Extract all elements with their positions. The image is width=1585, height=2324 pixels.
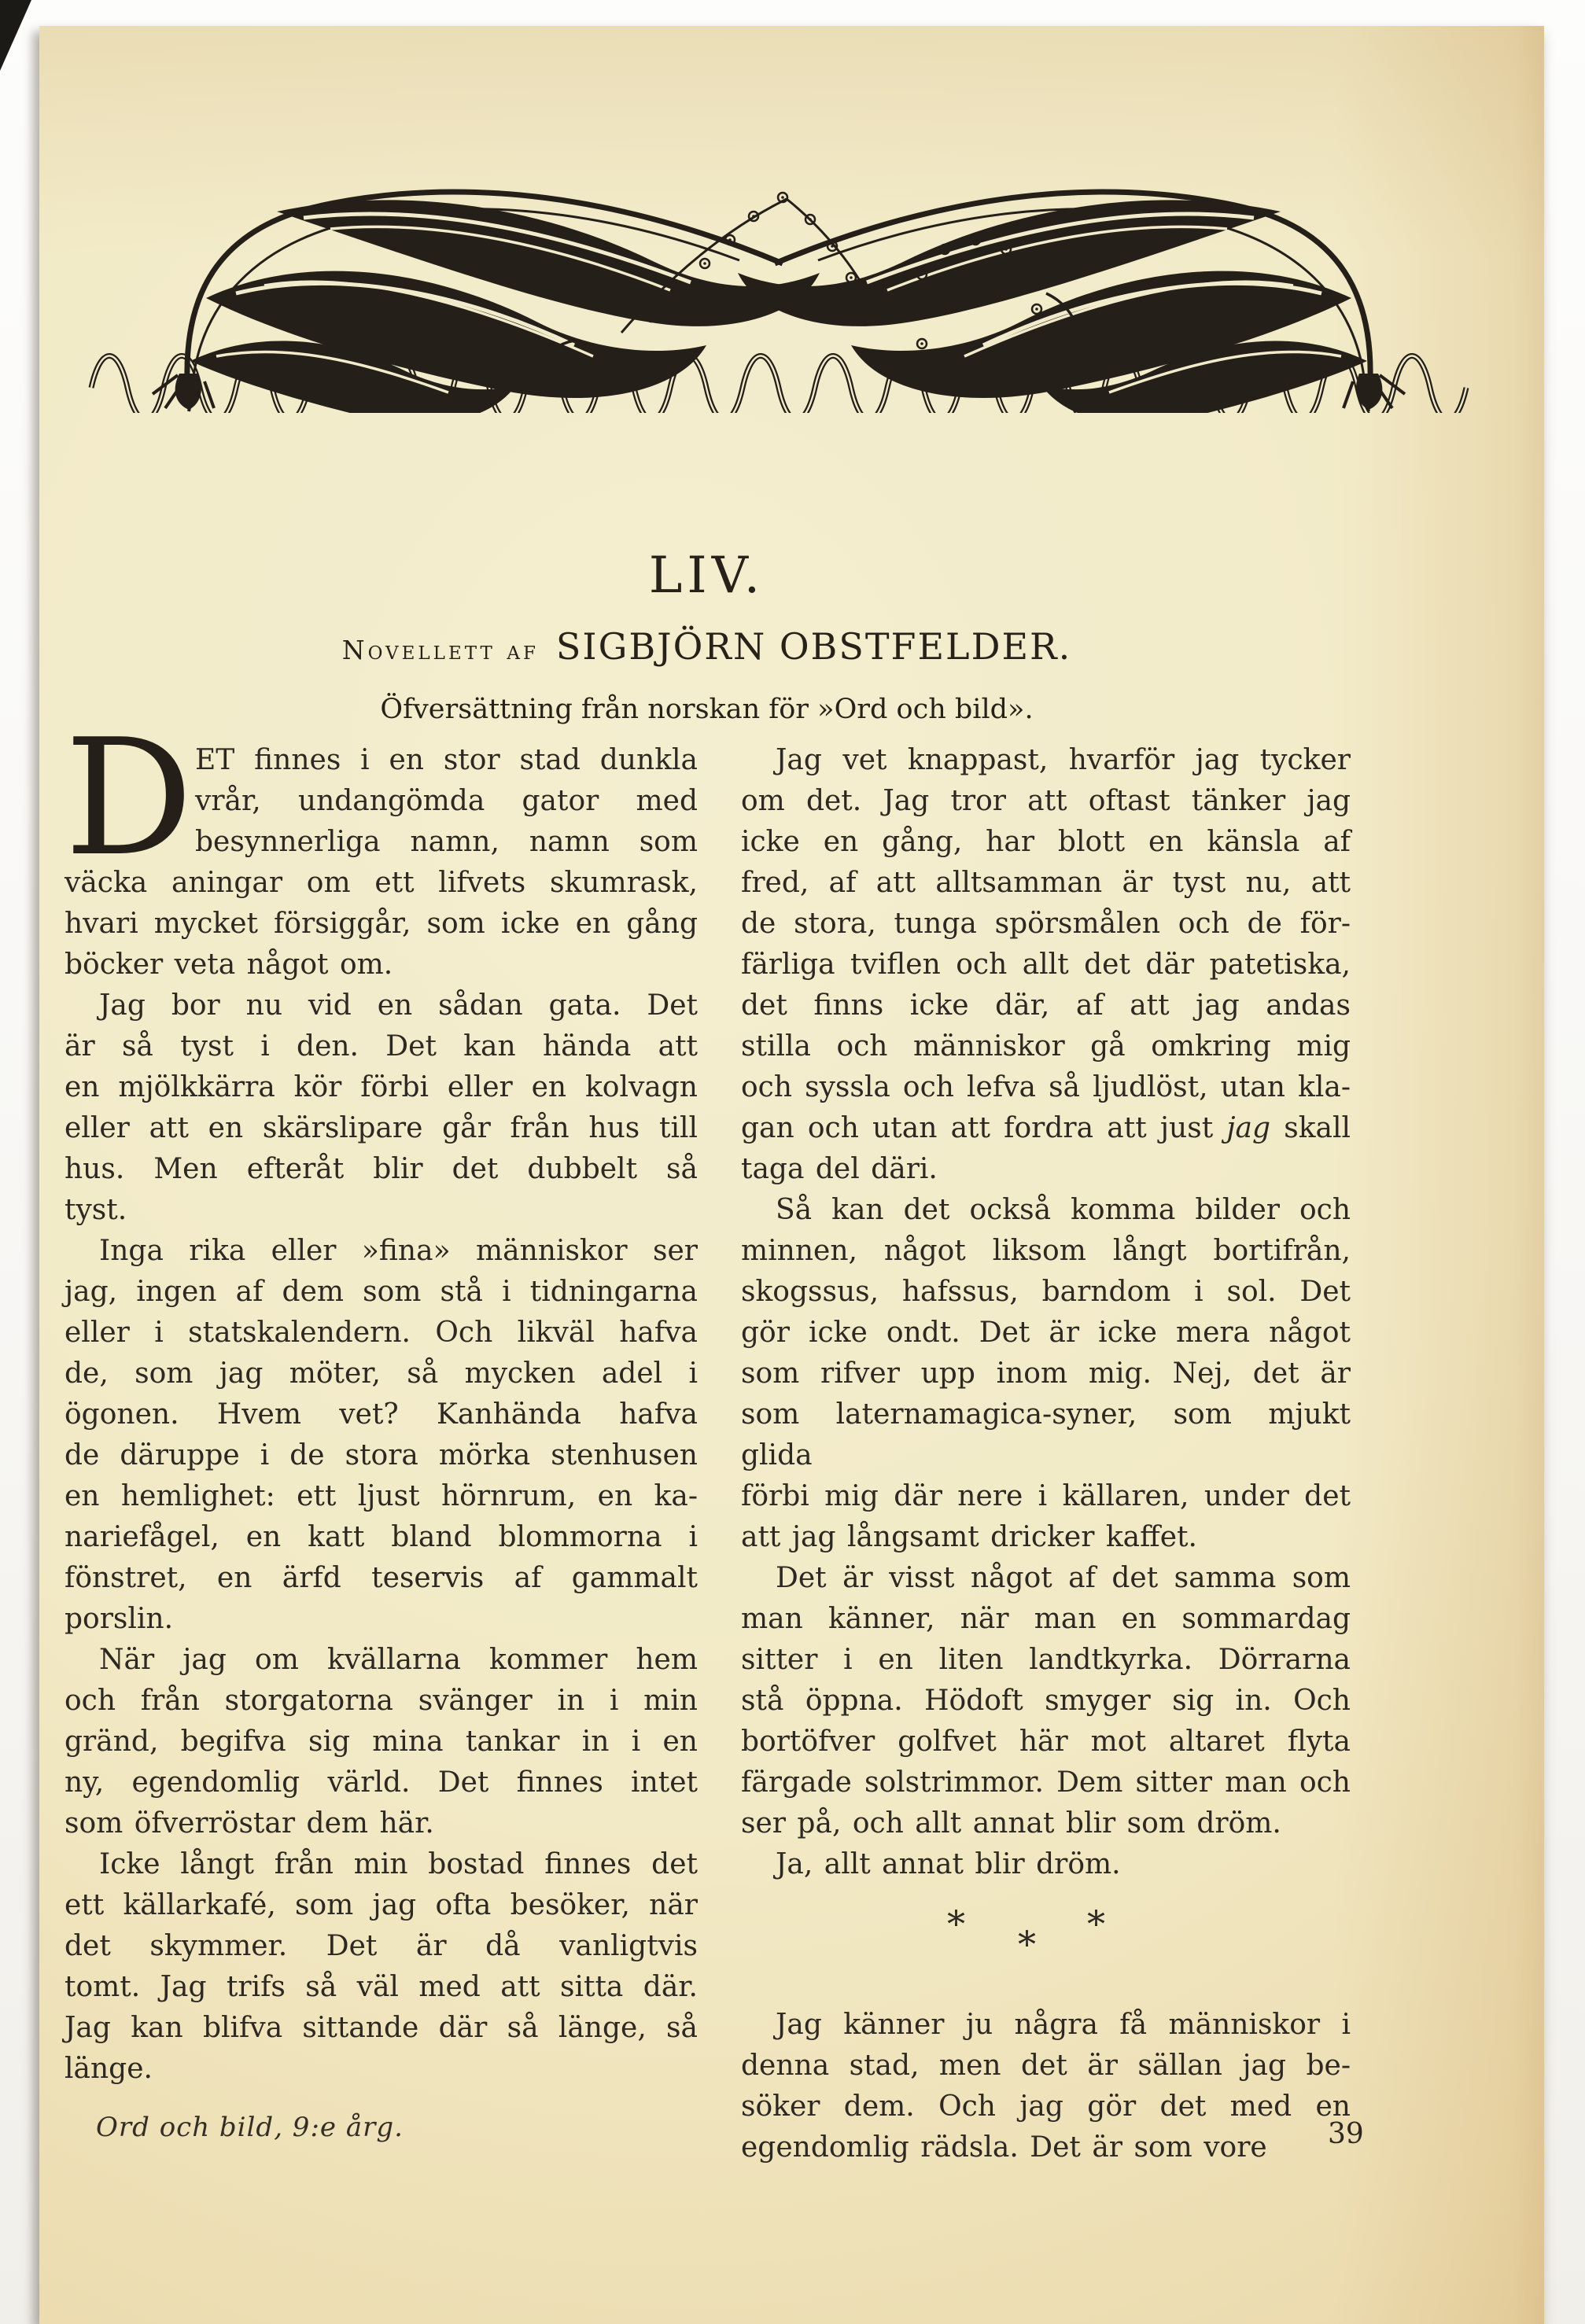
text-line: skogssus, hafssus, barndom i sol. Det [741,1272,1351,1313]
text-line: färliga tviflen och allt det där patetis… [741,945,1351,985]
text-line: taga del däri. [741,1149,1351,1190]
asterism-divider: *** [741,1885,1351,2005]
page-number: 39 [1328,2118,1364,2150]
text-line: bortöfver golfvet här mot altaret flyta [741,1722,1351,1762]
text-line: färgade solstrimmor. Dem sitter man och [741,1762,1351,1803]
author-name: SIGBJÖRN OBSTFELDER. [556,625,1071,668]
text-line: länge. [65,2049,698,2090]
text-line: och syssla och lefva så ljudlöst, utan k… [741,1067,1351,1108]
text-line: När jag om kvällarna kommer hem [65,1640,698,1681]
text-line: de stora, tunga spörsmålen och de för- [741,904,1351,945]
text-line: nariefågel, en katt bland blommorna i [65,1517,698,1558]
text-line: gränd, begifva sig mina tankar in i en [65,1722,698,1762]
paragraph: När jag om kvällarna kommer hemoch från … [65,1640,698,1844]
text-line: gör icke ondt. Det är icke mera något [741,1313,1351,1354]
left-leaf-plant [153,192,820,413]
text-line: man känner, när man en sommardag [741,1599,1351,1640]
text-line: Inga rika eller »fina» människor ser [65,1231,698,1272]
text-line: icke en gång, har blott en känsla af [741,822,1351,863]
text-line: fönstret, en ärfd teservis af gammalt [65,1558,698,1599]
two-column-text-block: DET finnes i en stor stad dunklavrår, un… [65,740,1351,2168]
book-page: LIV. Novellett afSIGBJÖRN OBSTFELDER. Öf… [39,26,1544,2324]
text-line: Det är visst något af det samma som [741,1558,1351,1599]
art-nouveau-floral-headpiece-ornament [71,168,1487,413]
text-line: det skymmer. Det är då vanligtvis [65,1926,698,1967]
text-line: och från storgatorna svänger in i min [65,1681,698,1722]
paragraph: Ja, allt annat blir dröm. [741,1844,1351,1885]
text-line: tyst. [65,1190,698,1231]
text-line: ser på, och allt annat blir som dröm. [741,1803,1351,1844]
text-line: hvari mycket försiggår, som icke en gång [65,904,698,945]
paragraph: Det är visst något af det samma somman k… [741,1558,1351,1844]
text-line: det finns icke där, af att jag andas [741,985,1351,1026]
scanned-page-background: { "header": { "title": "LIV.", "byline_p… [0,0,1585,2324]
paragraph: Jag vet knappast, hvarför jag tyckerom d… [741,740,1351,1190]
paragraph: Inga rika eller »fina» människor serjag,… [65,1231,698,1640]
text-line: är så tyst i den. Det kan hända att [65,1026,698,1067]
text-line: om det. Jag tror att oftast tänker jag [741,781,1351,822]
text-line: Jag kan blifva sittande där så länge, så [65,2008,698,2049]
text-line: Jag vet knappast, hvarför jag tycker [741,740,1351,781]
text-line: tomt. Jag trifs så väl med att sitta där… [65,1967,698,2008]
text-line: eller i statskalendern. Och likväl hafva [65,1313,698,1354]
text-line: att jag långsamt dricker kaffet. [741,1517,1351,1558]
text-line: en hemlighet: ett ljust hörnrum, en ka- [65,1476,698,1517]
asterisk-glyph: * [1018,1926,1036,1962]
paragraph: Jag känner ju några få människor idenna … [741,2005,1351,2168]
right-leaf-plant [738,192,1405,413]
text-line: jag, ingen af dem som stå i tidningarna [65,1272,698,1313]
story-title: LIV. [65,548,1349,603]
byline: Novellett afSIGBJÖRN OBSTFELDER. [65,625,1349,672]
text-line: Jag bor nu vid en sådan gata. Det [65,985,698,1026]
paragraph: Icke långt från min bostad finnes detett… [65,1844,698,2090]
paragraph: DET finnes i en stor stad dunklavrår, un… [65,740,698,985]
paragraph: Jag bor nu vid en sådan gata. Detär så t… [65,985,698,1231]
text-line: som öfverröstar dem här. [65,1803,698,1844]
text-line: sitter i en liten landtkyrka. Dörrarna [741,1640,1351,1681]
text-line: Icke långt från min bostad finnes det [65,1844,698,1885]
text-line: de, som jag möter, så mycken adel i [65,1354,698,1394]
journal-footer-line: Ord och bild, 9:e årg. [96,2112,404,2143]
text-line: de däruppe i de stora mörka stenhusen [65,1435,698,1476]
text-line: ett källarkafé, som jag ofta besöker, nä… [65,1885,698,1926]
text-line: gan och utan att fordra att just jag ska… [741,1108,1351,1149]
text-line: väcka aningar om ett lifvets skumrask, [65,863,698,904]
text-line: ögonen. Hvem vet? Kanhända hafva [65,1394,698,1435]
text-line: fred, af att alltsamman är tyst nu, att [741,863,1351,904]
text-line: förbi mig där nere i källaren, under det [741,1476,1351,1517]
scanner-bed-corner [0,0,31,71]
text-line: eller att en skärslipare går från hus ti… [65,1108,698,1149]
text-line: som laternamagica-syner, som mjukt glida [741,1394,1351,1476]
byline-prefix: Novellett af [342,635,539,665]
text-line: minnen, något liksom långt bortifrån, [741,1231,1351,1272]
text-line: Så kan det också komma bilder och [741,1190,1351,1231]
text-line: Jag känner ju några få människor i [741,2005,1351,2046]
text-line: en mjölkkärra kör förbi eller en kolvagn [65,1067,698,1108]
text-line: böcker veta något om. [65,945,698,985]
text-line: söker dem. Och jag gör det med en [741,2086,1351,2127]
text-line: denna stad, men det är sällan jag be- [741,2046,1351,2086]
text-line: Ja, allt annat blir dröm. [741,1844,1351,1885]
text-line: egendomlig rädsla. Det är som vore [741,2127,1351,2168]
text-line: porslin. [65,1599,698,1640]
translation-note: Öfversättning från norskan för »Ord och … [65,693,1349,726]
paragraph: Så kan det också komma bilder ochminnen,… [741,1190,1351,1558]
column-left: DET finnes i en stor stad dunklavrår, un… [65,740,698,2090]
column-right: Jag vet knappast, hvarför jag tyckerom d… [741,740,1351,2168]
text-line: stilla och människor gå omkring mig [741,1026,1351,1067]
drop-cap-initial: D [65,740,184,863]
text-line: hus. Men efteråt blir det dubbelt så [65,1149,698,1190]
asterisk-glyph: * [1087,1906,1105,1942]
text-line: stå öppna. Hödoft smyger sig in. Och [741,1681,1351,1722]
asterisk-glyph: * [947,1906,965,1942]
text-line: ny, egendomlig värld. Det finnes intet [65,1762,698,1803]
text-line: som rifver upp inom mig. Nej, det är [741,1354,1351,1394]
